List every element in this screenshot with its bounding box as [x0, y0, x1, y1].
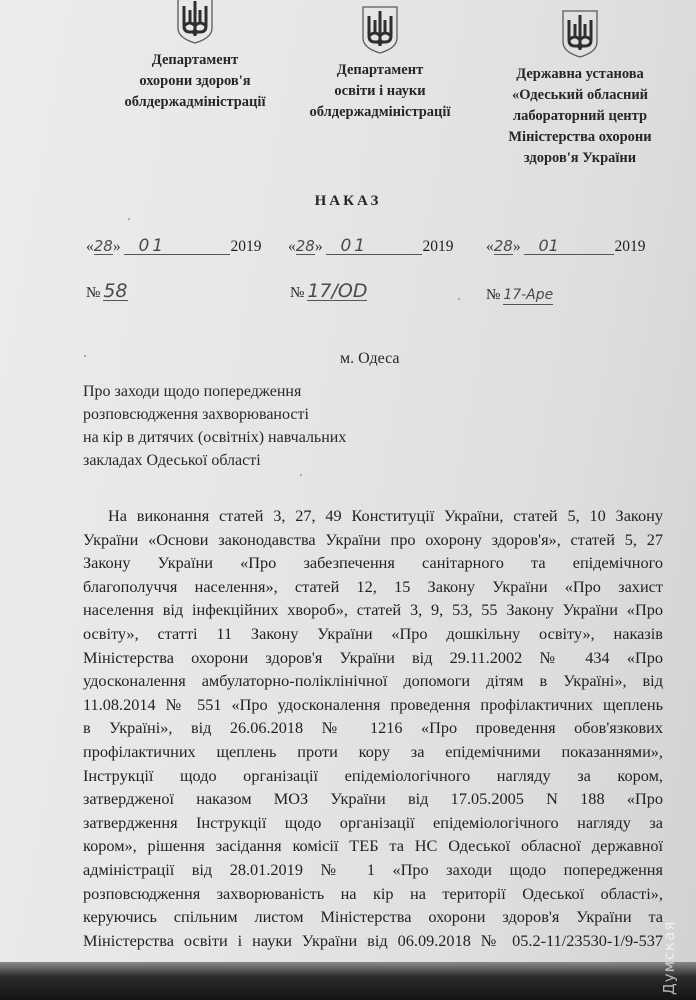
body-line: населення від інфекційних хвороб», стате… [83, 598, 663, 622]
body-line: 11.08.2014 № 551 «Про удосконалення пров… [83, 693, 663, 717]
org-line: здоров'я України [490, 148, 670, 169]
date-day: 28 [296, 239, 315, 255]
body-line: На виконання статей 3, 27, 49 Конституці… [83, 504, 663, 528]
quote-close: » [513, 238, 521, 255]
quote-open: « [486, 238, 494, 255]
body-line: Закону України «Про забезпечення санітар… [83, 551, 663, 575]
date-month: 01 [124, 238, 230, 255]
date-day: 28 [494, 239, 513, 255]
subject-line: на кір в дитячих (освітніх) навчальних [83, 426, 346, 449]
org-education-department: Департамент освіти і науки облдержадміні… [295, 6, 465, 123]
number-sign: № [290, 285, 304, 301]
body-line: удосконалення амбулаторно-поліклінічної … [83, 669, 663, 693]
scan-speck [458, 298, 460, 300]
date-year: 2019 [614, 238, 645, 255]
body-line: керуючись спільним листом Міністерства о… [83, 905, 663, 929]
body-line: затвердженої наказом МОЗ України від 17.… [83, 787, 663, 811]
org-laboratory-center: Державна установа «Одеський обласний лаб… [490, 10, 670, 169]
number-sign: № [86, 285, 100, 301]
ukraine-trident-crest-icon [361, 6, 399, 54]
order-date-1: «28» 012019 [86, 238, 261, 256]
org-health-department: Департамент охорони здоров'я облдержадмі… [110, 0, 280, 113]
body-line: Інструкції щодо організації епідеміологі… [83, 764, 663, 788]
order-number-value: 58 [103, 282, 127, 301]
date-year: 2019 [230, 238, 261, 255]
date-year: 2019 [422, 238, 453, 255]
org-line: освіти і науки [295, 81, 465, 102]
subject-line: Про заходи щодо попередження [83, 380, 346, 403]
org-line: Департамент [110, 50, 280, 71]
order-number-3: №17-Аре [486, 286, 553, 305]
org-line: «Одеський обласний [490, 85, 670, 106]
body-line: благополуччя населення», статей 12, 15 З… [83, 575, 663, 599]
publisher-watermark: Думская [660, 900, 690, 995]
number-sign: № [486, 287, 500, 303]
body-line: розповсюдження захворюваність на кір на … [83, 882, 663, 906]
order-number-value: 17-Аре [503, 286, 553, 305]
date-month: 01 [524, 238, 614, 255]
org-line: облдержадміністрації [295, 102, 465, 123]
scan-speck [84, 355, 86, 357]
date-day: 28 [94, 239, 113, 255]
org-line: облдержадміністрації [110, 92, 280, 113]
document-title: НАКАЗ [0, 193, 696, 210]
body-line: Міністерства охорони здоров'я України ві… [83, 646, 663, 670]
body-line: України «Основи законодавства України пр… [83, 528, 663, 552]
quote-close: » [113, 238, 121, 255]
body-line: в Україні», від 26.06.2018 № 1216 «Про п… [83, 716, 663, 740]
order-number-1: №58 [86, 282, 128, 302]
body-line: освіту», статті 11 Закону України «Про д… [83, 622, 663, 646]
order-number-value: 17/OD [307, 282, 367, 301]
city-label: м. Одеса [340, 350, 400, 368]
order-subject: Про заходи щодо попередження розповсюдже… [83, 380, 346, 472]
scan-speck [128, 218, 130, 220]
org-line: охорони здоров'я [110, 71, 280, 92]
scan-speck [300, 474, 302, 476]
ukraine-trident-crest-icon [176, 0, 214, 44]
body-line: профілактичних щеплень проти кору за епі… [83, 740, 663, 764]
order-date-3: «28» 012019 [486, 238, 645, 256]
body-line: Міністерства освіти і науки України від … [83, 929, 663, 953]
subject-line: розповсюдження захворюваності [83, 403, 346, 426]
body-line: затвердження Інструкції щодо організації… [83, 811, 663, 835]
order-number-2: №17/OD [290, 282, 367, 302]
order-date-2: «28» 012019 [288, 238, 453, 256]
org-line: Департамент [295, 60, 465, 81]
org-line: лабораторний центр [490, 106, 670, 127]
body-line: адміністрації від 28.01.2019 № 1 «Про за… [83, 858, 663, 882]
date-month: 01 [326, 238, 422, 255]
order-body: На виконання статей 3, 27, 49 Конституці… [83, 504, 663, 952]
ukraine-trident-crest-icon [561, 10, 599, 58]
org-line: Державна установа [490, 64, 670, 85]
subject-line: закладах Одеської області [83, 449, 346, 472]
page-edge-shadow [0, 962, 696, 1000]
quote-open: « [288, 238, 296, 255]
body-line: кором», рішення засідання комісії ТЕБ та… [83, 834, 663, 858]
quote-open: « [86, 238, 94, 255]
org-line: Міністерства охорони [490, 127, 670, 148]
quote-close: » [315, 238, 323, 255]
